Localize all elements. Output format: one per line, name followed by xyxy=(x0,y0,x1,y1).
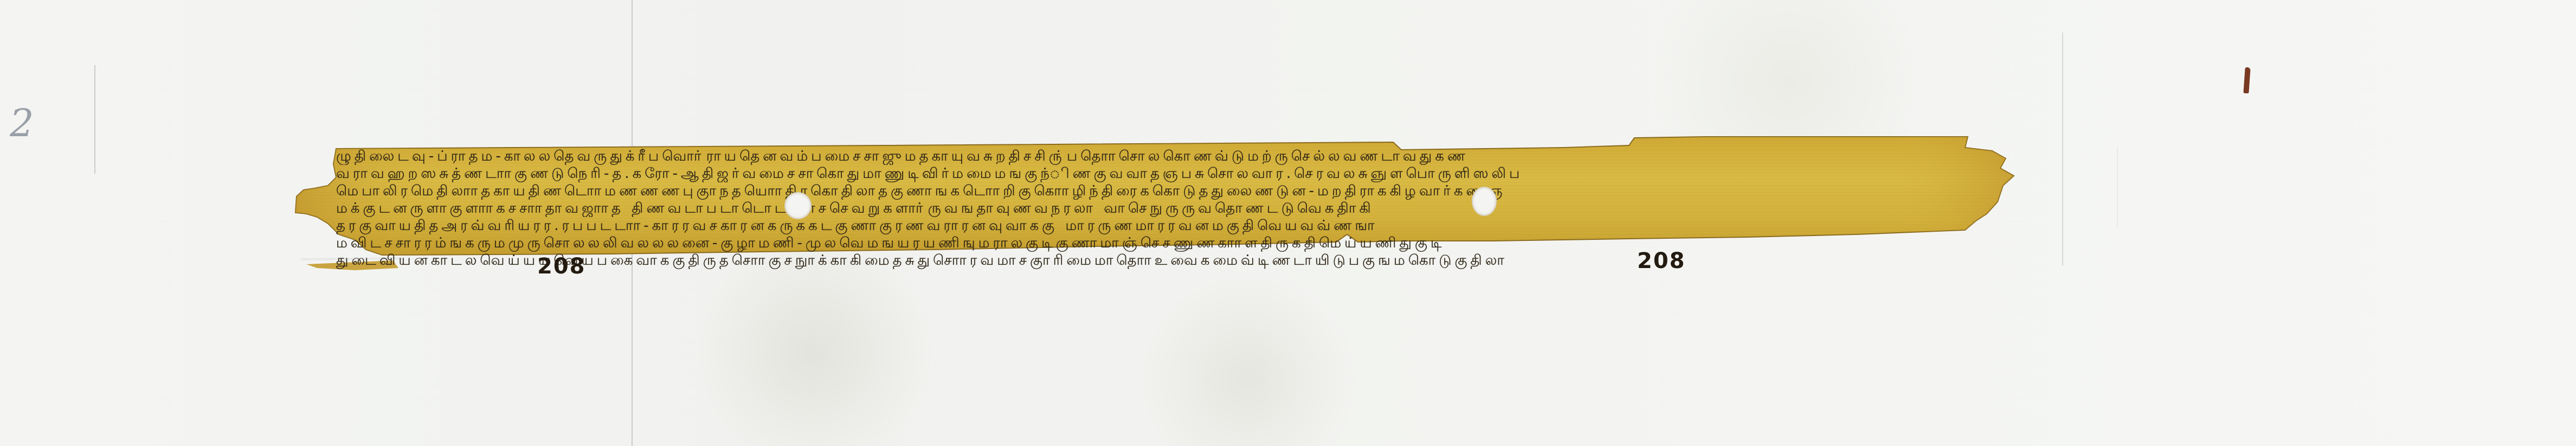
leaf-number-left: 208 xyxy=(537,254,586,279)
manuscript-text: ழுதிலைடவு-ப்ராதம-காலலதெவருதுக்ரீபவொா்ராய… xyxy=(336,148,1973,269)
text-line-3: மெபாலிரமெதிலாாதகாயதிணடொாமணணணபுகுாநதயொாதி… xyxy=(336,182,1973,200)
text-line-5: தரகுவாயதிதஅரவ்வரியரர.ரபபடடாா-காரரவசகாரனக… xyxy=(336,217,1973,234)
guide-line-left xyxy=(94,65,95,174)
text-line-6: மவிடசசாரரம்ஙகருமமுருசொலலலிவலலலனை-குழாமணி… xyxy=(336,234,1973,252)
guide-line-right xyxy=(2062,33,2063,266)
guide-line-far-right xyxy=(2117,146,2118,228)
palm-leaf-manuscript: ழுதிலைடவு-ப்ராதம-காலலதெவருதுக்ரீபவொா்ராய… xyxy=(285,126,2019,289)
text-line-2: வராவஹறஸசுத்ணடாாகுணடுநெரி-த.கரோ-ஆதிஜர்வமை… xyxy=(336,165,1973,182)
pencil-page-number: 2 xyxy=(10,101,34,145)
string-hole-left xyxy=(784,192,812,219)
string-hole-right xyxy=(1472,187,1497,216)
text-line-4: மக்குடனருளாகுளாாகசசாாதாவஜாாத திணவடாபடாடொ… xyxy=(336,200,1973,217)
leaf-number-right: 208 xyxy=(1637,249,1686,273)
text-line-1: ழுதிலைடவு-ப்ராதம-காலலதெவருதுக்ரீபவொா்ராய… xyxy=(336,148,1973,165)
